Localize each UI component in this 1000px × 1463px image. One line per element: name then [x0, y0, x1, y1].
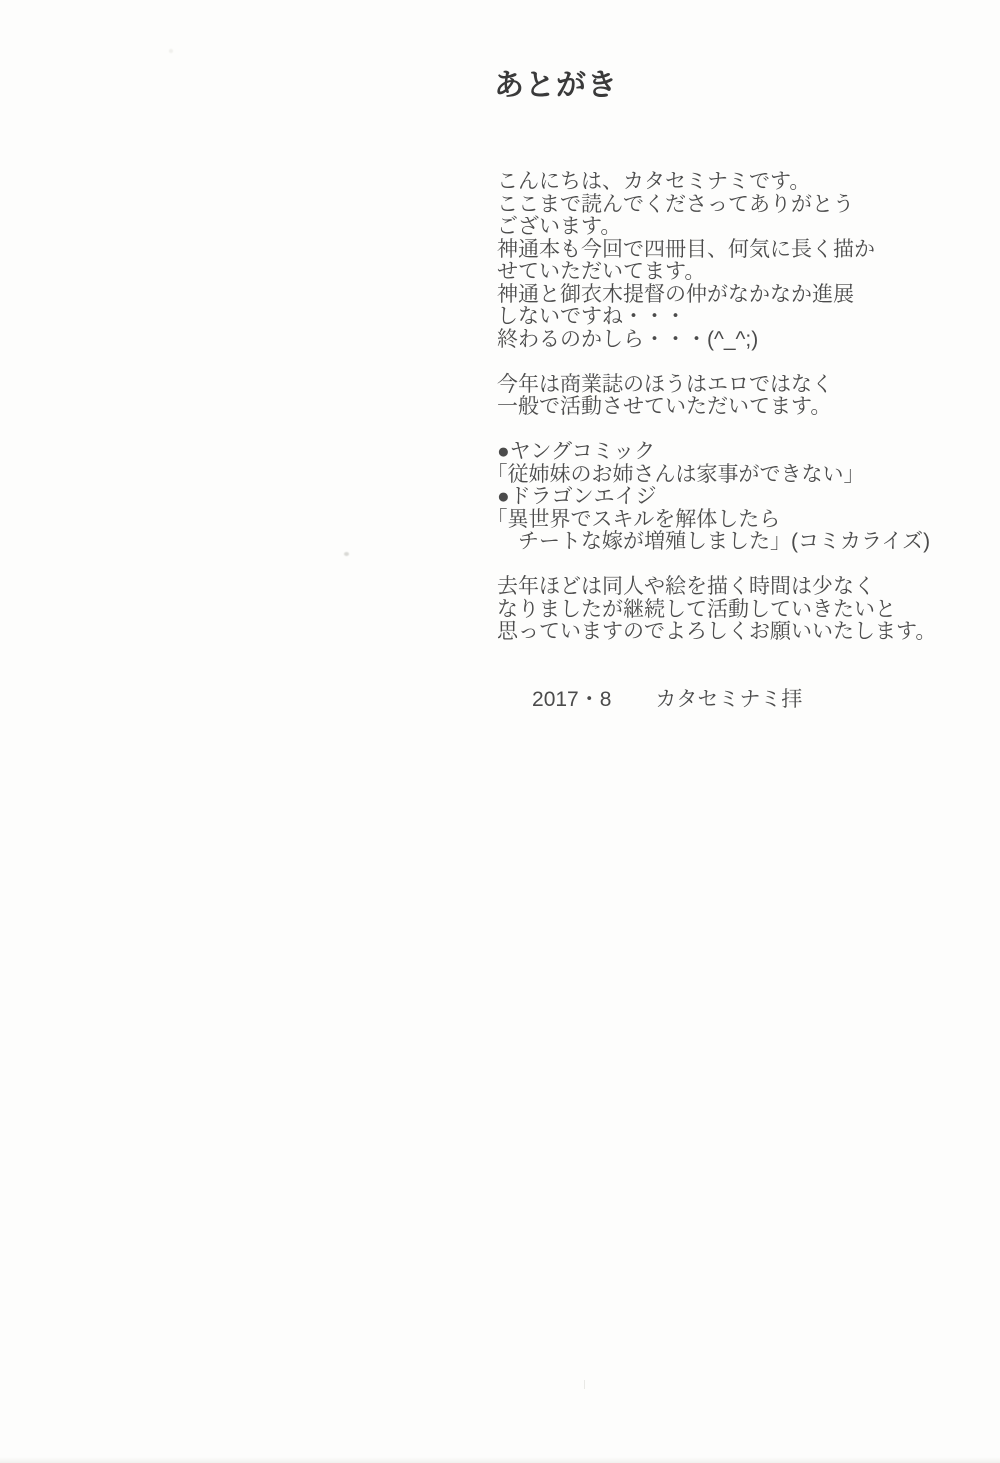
- scan-speck: [344, 552, 349, 556]
- publication-bullet-line: ●ドラゴンエイジ: [497, 486, 977, 509]
- text-line: ここまで読んでくださってありがとう: [497, 194, 977, 217]
- scan-hairline-artifact: [584, 1380, 585, 1389]
- text-line: 今年は商業誌のほうはエロではなく: [497, 374, 977, 397]
- text-line: 去年ほどは同人や絵を描く時間は少なく: [497, 576, 977, 599]
- closing-paragraph: 去年ほどは同人や絵を描く時間は少なく なりましたが継続して活動していきたいと 思…: [497, 576, 977, 644]
- publication-title-line: 「異世界でスキルを解体したら: [497, 509, 977, 532]
- publication-title-line: チートな嫁が増殖しました」(コミカライズ): [497, 531, 977, 554]
- date-signature-line: 2017・8カタセミナミ拝: [497, 666, 977, 689]
- text-line: ございます。: [497, 216, 977, 239]
- text-line: しないですね・・・: [497, 306, 977, 329]
- date: 2017・8: [532, 688, 611, 711]
- text-line-emoticon: 終わるのかしら・・・(^_^;): [497, 329, 977, 352]
- publication-title-line: 「従姉妹のお姉さんは家事ができない」: [497, 464, 977, 487]
- page-title: あとがき: [494, 70, 618, 102]
- text-line: こんにちは、カタセミナミです。: [497, 171, 977, 194]
- text-line: 一般で活動させていただいてます。: [497, 396, 977, 419]
- greeting-paragraph: こんにちは、カタセミナミです。 ここまで読んでくださってありがとう ございます。…: [497, 171, 977, 351]
- publication-bullet-line: ●ヤングコミック: [497, 441, 977, 464]
- text-line: なりましたが継続して活動していきたいと: [497, 599, 977, 622]
- page-bottom-edge-shade: [0, 1457, 1000, 1463]
- text-line: 神通と御衣木提督の仲がなかなか進展: [497, 284, 977, 307]
- publication-list-paragraph: ●ヤングコミック 「従姉妹のお姉さんは家事ができない」 ●ドラゴンエイジ 「異世…: [497, 441, 977, 554]
- text-line: せていただいてます。: [497, 261, 977, 284]
- text-line: 思っていますのでよろしくお願いいたします。: [497, 621, 977, 644]
- signature: カタセミナミ拝: [655, 688, 802, 711]
- text-line: 神通本も今回で四冊目、何気に長く描か: [497, 239, 977, 262]
- commercial-work-paragraph: 今年は商業誌のほうはエロではなく 一般で活動させていただいてます。: [497, 374, 977, 419]
- scan-speck: [169, 49, 173, 53]
- scanned-afterword-page: あとがき こんにちは、カタセミナミです。 ここまで読んでくださってありがとう ご…: [0, 0, 1000, 1463]
- afterword-text: こんにちは、カタセミナミです。 ここまで読んでくださってありがとう ございます。…: [497, 171, 977, 689]
